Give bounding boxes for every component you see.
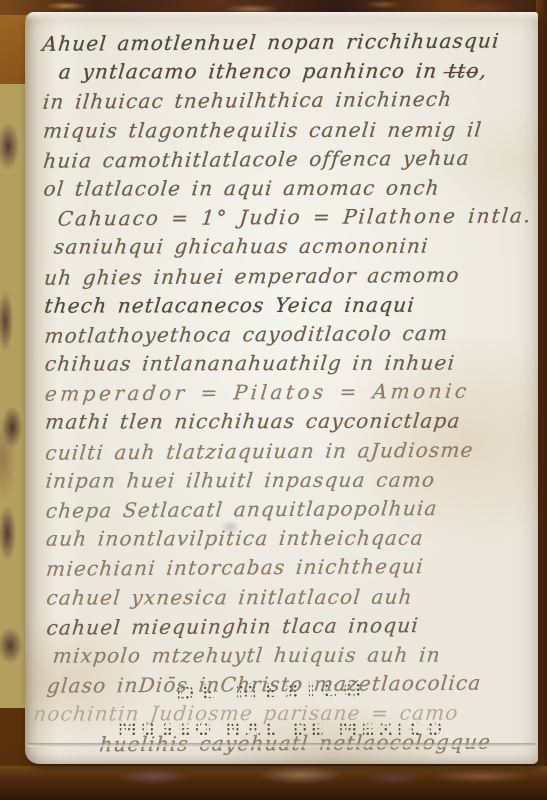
perforated-library-stamp-line1: DE MEXICO [176, 678, 368, 706]
manuscript-line: cahuel miequinghin tlaca inoqui [45, 610, 539, 643]
manuscript-line: motlathoyethoca cayoditlacolo cam [43, 318, 537, 351]
manuscript-line: emperador = Pilatos = Amonic [44, 377, 538, 410]
page-bottom-crease [27, 743, 536, 747]
perforated-library-stamp-line2: MUSEO NAL DE MEXICO [118, 718, 446, 740]
handwritten-text-block: Ahuel amotlenhuel nopan ricchihuasqui a … [42, 26, 538, 759]
manuscript-line: auh inontlavilpitica intheichqaca [45, 524, 539, 554]
manuscript-line: a yntlacamo ithenco panhinco in t̶t̶o̶, [41, 57, 535, 87]
manuscript-line: Cahuaco = 1° Judio = Pilathone intla. [42, 201, 536, 234]
manuscript-line: in ilhuicac tnehuilhthica inichinech [42, 85, 536, 118]
manuscript-page: Ahuel amotlenhuel nopan ricchihuasqui a … [25, 12, 538, 764]
manuscript-line: chepa Setlacatl anquitlapopolhuia [44, 493, 538, 526]
bound-manuscript-photo: Ahuel amotlenhuel nopan ricchihuasqui a … [0, 0, 547, 800]
manuscript-line: huia camothitlatlacole offenca yehua [42, 143, 536, 176]
manuscript-line: mixpolo mtzehuytl huiquis auh in [45, 640, 539, 670]
manuscript-line: ol tlatlacole in aqui amomac onch [42, 173, 536, 203]
manuscript-line: chihuas intlananahuathilg in inhuei [43, 348, 537, 378]
manuscript-line: cuilti auh tlatziaquiuan in aJudiosme [44, 435, 538, 468]
manuscript-line: Ahuel amotlenhuel nopan ricchihuasqui [41, 26, 535, 59]
manuscript-line: uh ghies inhuei emperador acmomo [43, 260, 537, 293]
manuscript-line: thech netlacanecos Yeica inaqui [43, 290, 537, 320]
manuscript-line: miquis tlagonthequilis caneli nemig il [42, 115, 536, 145]
manuscript-line: inipan huei ilhuitl inpasqua camo [44, 465, 538, 495]
binding-bottom-edge [0, 766, 547, 800]
manuscript-line: mathi tlen nicchihuas cayconictlapa [44, 407, 538, 437]
manuscript-line: cahuel yxnesica initlatlacol auh [45, 582, 539, 612]
manuscript-line: miechiani intorcabas inichthequi [45, 552, 539, 585]
manuscript-line: saniuhqui ghicahuas acmononini [43, 232, 537, 262]
